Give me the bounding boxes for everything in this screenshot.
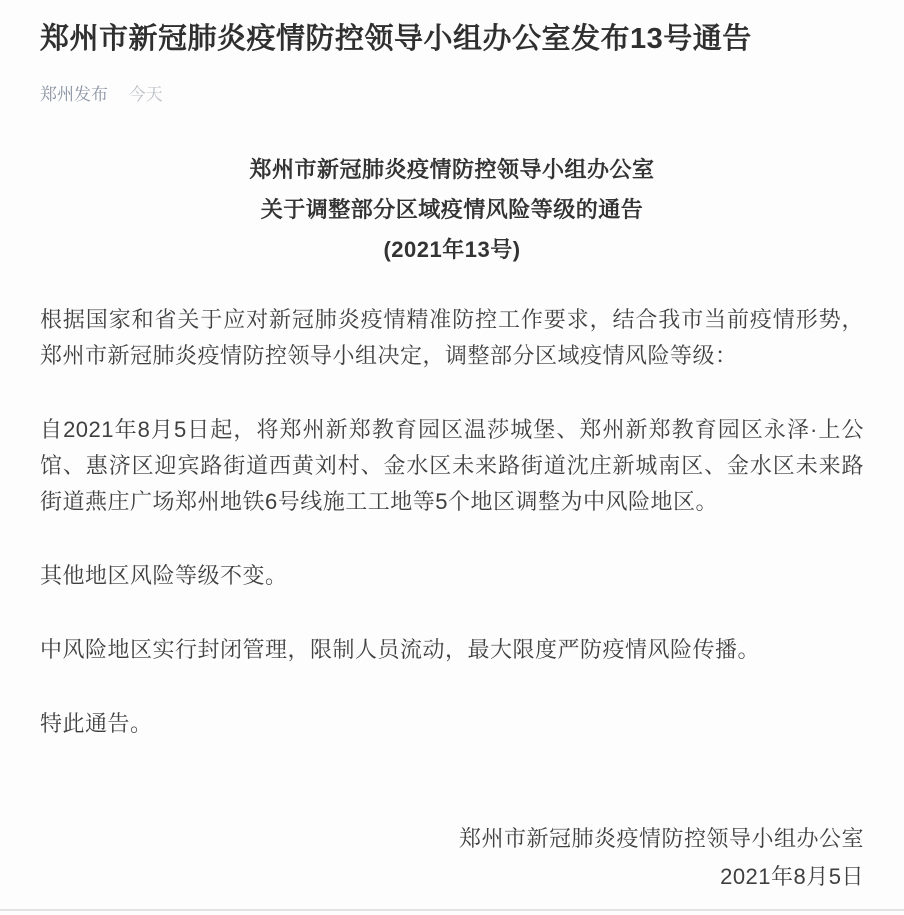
signature-date: 2021年8月5日 <box>40 858 864 896</box>
signature-block: 郑州市新冠肺炎疫情防控领导小组办公室 2021年8月5日 <box>40 820 864 896</box>
account-name-link[interactable]: 郑州发布 <box>40 85 108 104</box>
bottom-divider <box>0 909 904 911</box>
notice-paragraph-management: 中风险地区实行封闭管理，限制人员流动，最大限度严防疫情风险传播。 <box>40 632 864 668</box>
signature-org: 郑州市新冠肺炎疫情防控领导小组办公室 <box>40 820 864 858</box>
article-title: 郑州市新冠肺炎疫情防控领导小组办公室发布13号通告 <box>40 20 864 58</box>
byline: 郑州发布 今天 <box>40 84 864 106</box>
notice-heading-line-2: 关于调整部分区域疫情风险等级的通告 <box>40 190 864 230</box>
notice-paragraph-closing: 特此通告。 <box>40 706 864 742</box>
notice-paragraph-basis: 根据国家和省关于应对新冠肺炎疫情精准防控工作要求，结合我市当前疫情形势，郑州市新… <box>40 302 864 374</box>
article-page: 郑州市新冠肺炎疫情防控领导小组办公室发布13号通告 郑州发布 今天 郑州市新冠肺… <box>0 0 904 915</box>
notice-heading: 郑州市新冠肺炎疫情防控领导小组办公室 关于调整部分区域疫情风险等级的通告 (20… <box>40 150 864 270</box>
notice-paragraph-other-areas: 其他地区风险等级不变。 <box>40 558 864 594</box>
notice-paragraph-areas: 自2021年8月5日起，将郑州新郑教育园区温莎城堡、郑州新郑教育园区永泽·上公馆… <box>40 412 864 520</box>
notice-heading-line-1: 郑州市新冠肺炎疫情防控领导小组办公室 <box>40 150 864 190</box>
publish-date: 今天 <box>129 85 163 104</box>
notice-heading-line-3: (2021年13号) <box>40 230 864 270</box>
